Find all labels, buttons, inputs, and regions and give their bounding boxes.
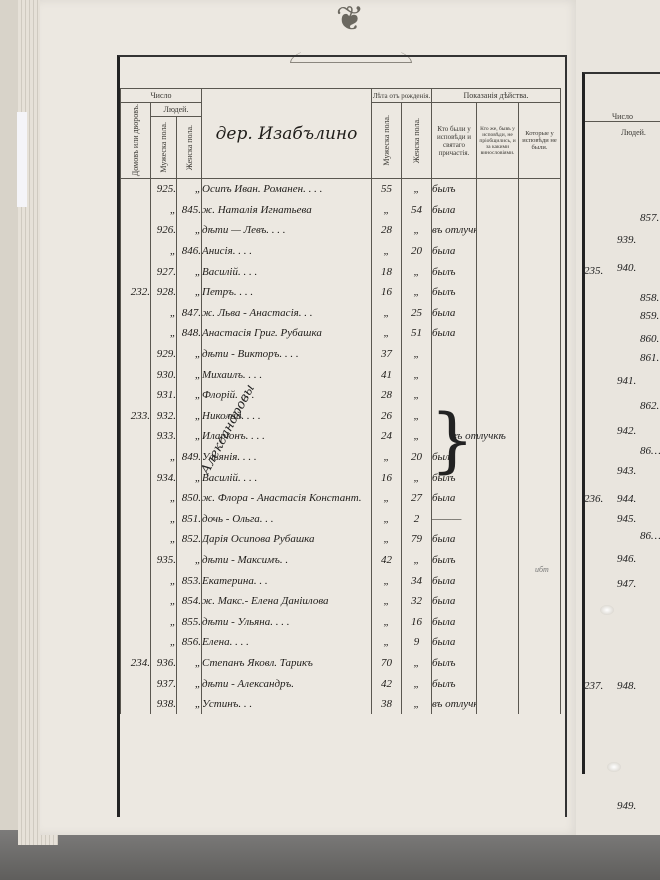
age-female: „ (402, 550, 432, 571)
female-number: „ (177, 426, 202, 447)
age-female: 9 (402, 632, 432, 653)
person-name: Михаилъ. . . . (202, 364, 372, 385)
empty-cell (477, 282, 519, 303)
empty-cell (477, 653, 519, 674)
male-number: 937. (151, 673, 177, 694)
age-female: „ (402, 694, 432, 715)
dvor-number (121, 303, 151, 324)
empty-cell (477, 467, 519, 488)
dvor-number (121, 344, 151, 365)
female-number: „ (177, 694, 202, 715)
header-ne-byli: Кто же, бывъ у исповѣди, не пріобщились,… (477, 103, 519, 179)
header-lyudey: Людей. (151, 103, 202, 117)
confession-status: ——— (432, 509, 477, 530)
confession-status: была (432, 570, 477, 591)
register-row: 929.„дѣти - Викторъ. . . .37„ (121, 344, 561, 365)
dvor-number (121, 529, 151, 550)
age-female: 27 (402, 488, 432, 509)
female-number: „ (177, 385, 202, 406)
empty-cell (477, 694, 519, 715)
male-number: 926. (151, 220, 177, 241)
age-male: 38 (372, 694, 402, 715)
page-hole (607, 762, 621, 772)
empty-cell (519, 385, 561, 406)
header-dvorov: Домовъ или дворовъ. (121, 103, 151, 179)
empty-cell (477, 570, 519, 591)
empty-cell (477, 509, 519, 530)
register-row: 937.„дѣти - Александръ.42„былъ (121, 673, 561, 694)
empty-cell (477, 529, 519, 550)
age-male: „ (372, 632, 402, 653)
register-row: „856.Елена. . . .„9была (121, 632, 561, 653)
register-row: 233.932.„Николай. . . .26„ (121, 406, 561, 427)
person-name: Василій. . . . (202, 261, 372, 282)
right-male-number: 939. (617, 234, 636, 246)
header-byli: Кто были у исповѣди и святаго причастія. (432, 103, 477, 179)
right-female-number: 862. (640, 400, 659, 412)
empty-cell (519, 591, 561, 612)
age-male: „ (372, 611, 402, 632)
dvor-number (121, 220, 151, 241)
age-male: 28 (372, 385, 402, 406)
empty-cell (519, 426, 561, 447)
age-male: „ (372, 488, 402, 509)
female-number: 847. (177, 303, 202, 324)
dvor-number (121, 611, 151, 632)
right-male-number: 943. (617, 465, 636, 477)
male-number: 929. (151, 344, 177, 365)
confession-status: была (432, 200, 477, 221)
empty-cell (519, 200, 561, 221)
right-male-number: 946. (617, 553, 636, 565)
dvor-number: 232. (121, 282, 151, 303)
age-male: „ (372, 241, 402, 262)
register-row: „855.дѣти - Ульяна. . . .„16была (121, 611, 561, 632)
male-number: 935. (151, 550, 177, 571)
empty-cell (477, 406, 519, 427)
male-number: „ (151, 200, 177, 221)
empty-cell (519, 323, 561, 344)
dvor-number: 234. (121, 653, 151, 674)
person-name: дѣти - Максимъ. . (202, 550, 372, 571)
age-male: 16 (372, 282, 402, 303)
person-name: Анастасія Григ. Рубашка (202, 323, 372, 344)
register-row: „854.ж. Макс.- Елена Даніилова„32была (121, 591, 561, 612)
header-muzh: Мужеска пола. (151, 117, 177, 179)
person-name: Флорій. . . . (202, 385, 372, 406)
male-number: „ (151, 632, 177, 653)
confession-status: была (432, 591, 477, 612)
empty-cell (519, 447, 561, 468)
desk-surface (0, 830, 660, 880)
age-female: 51 (402, 323, 432, 344)
male-number: „ (151, 509, 177, 530)
age-female: „ (402, 673, 432, 694)
empty-cell (519, 694, 561, 715)
female-number: 855. (177, 611, 202, 632)
right-male-number: 941. (617, 375, 636, 387)
dvor-number (121, 261, 151, 282)
empty-cell (477, 673, 519, 694)
register-row: „853.Екатерина. . .„34была (121, 570, 561, 591)
right-female-number: 857. (640, 212, 659, 224)
age-male: 37 (372, 344, 402, 365)
register-row: „845.ж. Наталія Игнатьева„54была (121, 200, 561, 221)
age-male: „ (372, 447, 402, 468)
confession-status: былъ (432, 282, 477, 303)
right-dvor-number: 237. (584, 680, 603, 692)
person-name: ж. Наталія Игнатьева (202, 200, 372, 221)
dvor-number (121, 467, 151, 488)
dvor-number (121, 673, 151, 694)
female-number: „ (177, 364, 202, 385)
male-number: 927. (151, 261, 177, 282)
empty-cell (477, 200, 519, 221)
confession-status: былъ (432, 673, 477, 694)
person-name: ж. Макс.- Елена Даніилова (202, 591, 372, 612)
confession-status: была (432, 611, 477, 632)
dvor-number (121, 694, 151, 715)
empty-cell (477, 550, 519, 571)
dvor-number (121, 426, 151, 447)
right-register-frame (582, 72, 660, 774)
confession-status: былъ (432, 653, 477, 674)
age-male: 41 (372, 364, 402, 385)
person-name: дѣти - Викторъ. . . . (202, 344, 372, 365)
right-male-number: 948. (617, 680, 636, 692)
person-name: Петръ. . . . (202, 282, 372, 303)
male-number: 930. (151, 364, 177, 385)
male-number: „ (151, 488, 177, 509)
person-name: дѣти - Александръ. (202, 673, 372, 694)
register-row: 926.„дѣти — Левъ. . . .28„въ отлучкѣ (121, 220, 561, 241)
register-row: „848.Анастасія Григ. Рубашка„51была (121, 323, 561, 344)
brace-status: въ отлучкѣ (452, 430, 506, 442)
empty-cell (519, 488, 561, 509)
male-number: „ (151, 241, 177, 262)
female-number: 852. (177, 529, 202, 550)
right-male-number: 940. (617, 262, 636, 274)
person-name: Осипъ Иван. Романен. . . . (202, 179, 372, 200)
empty-cell (477, 447, 519, 468)
male-number: 938. (151, 694, 177, 715)
age-female: „ (402, 220, 432, 241)
dvor-number (121, 323, 151, 344)
age-male: „ (372, 591, 402, 612)
right-male-number: 947. (617, 578, 636, 590)
confession-status: былъ (432, 261, 477, 282)
female-number: 856. (177, 632, 202, 653)
age-male: 24 (372, 426, 402, 447)
margin-mark: ибт (535, 565, 549, 574)
village-heading: дер. Изабълино (202, 89, 372, 179)
empty-cell (519, 509, 561, 530)
confession-status: была (432, 529, 477, 550)
person-name: ж. Флора - Анастасія Констант. (202, 488, 372, 509)
header-leta: Лѣта отъ рожденія. (372, 89, 432, 103)
age-female: 20 (402, 447, 432, 468)
age-female: „ (402, 344, 432, 365)
empty-cell (477, 241, 519, 262)
empty-cell (477, 632, 519, 653)
right-male-number: 945. (617, 513, 636, 525)
empty-cell (477, 591, 519, 612)
right-male-number: 944. (617, 493, 636, 505)
empty-cell (519, 467, 561, 488)
female-number: „ (177, 282, 202, 303)
age-female: 34 (402, 570, 432, 591)
dvor-number (121, 488, 151, 509)
empty-cell (477, 179, 519, 200)
female-number: 853. (177, 570, 202, 591)
dvor-number (121, 550, 151, 571)
male-number: „ (151, 447, 177, 468)
register-row: „849.Ульянія. . . .„20была (121, 447, 561, 468)
right-female-number: 86… (640, 445, 660, 457)
empty-cell (519, 653, 561, 674)
male-number: „ (151, 570, 177, 591)
empty-cell (519, 241, 561, 262)
age-male: „ (372, 200, 402, 221)
confession-status: была (432, 323, 477, 344)
register-table: Число дер. Изабълино Лѣта отъ рожденія. … (120, 88, 561, 714)
dvor-number (121, 570, 151, 591)
person-name: Елена. . . . (202, 632, 372, 653)
male-number: „ (151, 611, 177, 632)
age-female: „ (402, 426, 432, 447)
confession-status: была (432, 241, 477, 262)
age-female: „ (402, 385, 432, 406)
empty-cell (477, 323, 519, 344)
age-male: 42 (372, 550, 402, 571)
male-number: 932. (151, 406, 177, 427)
male-number: 928. (151, 282, 177, 303)
empty-cell (477, 344, 519, 365)
age-female: „ (402, 282, 432, 303)
empty-cell (477, 261, 519, 282)
age-female: „ (402, 467, 432, 488)
right-female-number: 859. (640, 310, 659, 322)
empty-cell (477, 303, 519, 324)
bookmark-slip (17, 112, 27, 207)
confession-status: была (432, 303, 477, 324)
age-male: „ (372, 570, 402, 591)
age-female: 16 (402, 611, 432, 632)
person-name: ж. Льва - Анастасія. . . (202, 303, 372, 324)
register-row: 931.„Флорій. . . .28„ (121, 385, 561, 406)
header-leta-zhen: Женска пола. (402, 103, 432, 179)
male-number: „ (151, 591, 177, 612)
right-female-number: 861. (640, 352, 659, 364)
age-male: 16 (372, 467, 402, 488)
confession-status (432, 364, 477, 385)
female-number: „ (177, 406, 202, 427)
header-chislo: Число (121, 89, 202, 103)
empty-cell (477, 611, 519, 632)
age-female: „ (402, 179, 432, 200)
age-male: „ (372, 303, 402, 324)
register-row: 234.936.„Степанъ Яковл. Тарикъ70„былъ (121, 653, 561, 674)
age-female: „ (402, 261, 432, 282)
empty-cell (519, 261, 561, 282)
age-male: 70 (372, 653, 402, 674)
age-female: 54 (402, 200, 432, 221)
person-name: Степанъ Яковл. Тарикъ (202, 653, 372, 674)
register-row: 930.„Михаилъ. . . .41„ (121, 364, 561, 385)
dvor-number (121, 200, 151, 221)
age-female: 20 (402, 241, 432, 262)
age-male: 42 (372, 673, 402, 694)
person-name: Дарія Осипова Рубашка (202, 529, 372, 550)
male-number: 931. (151, 385, 177, 406)
right-male-number: 949. (617, 800, 636, 812)
male-number: 925. (151, 179, 177, 200)
age-male: „ (372, 323, 402, 344)
register-row: 925.„Осипъ Иван. Романен. . . .55„былъ (121, 179, 561, 200)
register-row: 935.„дѣти - Максимъ. .42„былъ (121, 550, 561, 571)
age-female: 32 (402, 591, 432, 612)
female-number: „ (177, 550, 202, 571)
register-row: 927.„Василій. . . .18„былъ (121, 261, 561, 282)
empty-cell (519, 529, 561, 550)
female-number: „ (177, 220, 202, 241)
empty-cell (477, 364, 519, 385)
right-dvor-number: 235. (584, 265, 603, 277)
person-name: дѣти - Ульяна. . . . (202, 611, 372, 632)
confession-status: была (432, 488, 477, 509)
dvor-number (121, 241, 151, 262)
register-row: „851.дочь - Ольга. . .„2——— (121, 509, 561, 530)
register-row: 232.928.„Петръ. . . .16„былъ (121, 282, 561, 303)
empty-cell (519, 632, 561, 653)
register-row: „852.Дарія Осипова Рубашка„79была (121, 529, 561, 550)
empty-cell (519, 673, 561, 694)
age-female: „ (402, 653, 432, 674)
right-female-number: 860. (640, 333, 659, 345)
header-ne-byvshie: Которые у исповѣди не были. (519, 103, 561, 179)
confession-status: былъ (432, 179, 477, 200)
confession-status: въ отлучкѣ (432, 694, 477, 715)
confession-status: въ отлучкѣ (432, 220, 477, 241)
empty-cell (519, 344, 561, 365)
empty-cell (519, 611, 561, 632)
empty-cell (519, 282, 561, 303)
age-female: 2 (402, 509, 432, 530)
dvor-number (121, 447, 151, 468)
female-number: „ (177, 344, 202, 365)
empty-cell (519, 364, 561, 385)
person-name: дочь - Ольга. . . (202, 509, 372, 530)
female-number: 851. (177, 509, 202, 530)
register-row: „846.Анисія. . . .„20была (121, 241, 561, 262)
age-female: „ (402, 406, 432, 427)
female-number: 845. (177, 200, 202, 221)
person-name: Ульянія. . . . (202, 447, 372, 468)
confession-status (432, 344, 477, 365)
age-male: „ (372, 529, 402, 550)
female-number: „ (177, 673, 202, 694)
female-number: „ (177, 179, 202, 200)
male-number: 936. (151, 653, 177, 674)
age-male: 55 (372, 179, 402, 200)
male-number: 933. (151, 426, 177, 447)
right-header-lyudey: Людей. (621, 128, 646, 137)
register-row: 938.„Устинъ. . .38„въ отлучкѣ (121, 694, 561, 715)
age-female: „ (402, 364, 432, 385)
person-name: Василій. . . . (202, 467, 372, 488)
dvor-number (121, 591, 151, 612)
age-female: 79 (402, 529, 432, 550)
male-number: „ (151, 529, 177, 550)
male-number: „ (151, 323, 177, 344)
register-row: „850.ж. Флора - Анастасія Констант.„27бы… (121, 488, 561, 509)
age-male: 26 (372, 406, 402, 427)
empty-cell (519, 220, 561, 241)
dvor-number (121, 509, 151, 530)
age-male: „ (372, 509, 402, 530)
person-name: дѣти — Левъ. . . . (202, 220, 372, 241)
header-zhen: Женска пола. (177, 117, 202, 179)
female-number: 849. (177, 447, 202, 468)
right-male-number: 942. (617, 425, 636, 437)
person-name: Устинъ. . . (202, 694, 372, 715)
person-name: Екатерина. . . (202, 570, 372, 591)
female-number: 850. (177, 488, 202, 509)
header-pokazaniya: Показанія дѣйства. (432, 89, 561, 103)
dvor-number (121, 385, 151, 406)
empty-cell (519, 406, 561, 427)
dvor-number (121, 179, 151, 200)
right-header-chislo: Число (585, 112, 660, 122)
person-name: Анисія. . . . (202, 241, 372, 262)
age-male: 28 (372, 220, 402, 241)
confession-status: была (432, 632, 477, 653)
female-number: 848. (177, 323, 202, 344)
male-number: 934. (151, 467, 177, 488)
register-row: 934.„Василій. . . .16„былъ (121, 467, 561, 488)
age-female: 25 (402, 303, 432, 324)
dvor-number: 233. (121, 406, 151, 427)
age-male: 18 (372, 261, 402, 282)
empty-cell (477, 385, 519, 406)
dvor-number (121, 632, 151, 653)
page-hole (600, 605, 614, 615)
female-number: 854. (177, 591, 202, 612)
empty-cell (477, 488, 519, 509)
dvor-number (121, 364, 151, 385)
female-number: „ (177, 653, 202, 674)
male-number: „ (151, 303, 177, 324)
female-number: „ (177, 261, 202, 282)
right-female-number: 858. (640, 292, 659, 304)
confession-status: былъ (432, 550, 477, 571)
right-female-number: 86… (640, 530, 660, 542)
register-row: „847.ж. Льва - Анастасія. . .„25была (121, 303, 561, 324)
empty-cell (519, 179, 561, 200)
empty-cell (477, 220, 519, 241)
right-dvor-number: 236. (584, 493, 603, 505)
header-leta-muzh: Мужеска пола. (372, 103, 402, 179)
empty-cell (519, 303, 561, 324)
female-number: 846. (177, 241, 202, 262)
